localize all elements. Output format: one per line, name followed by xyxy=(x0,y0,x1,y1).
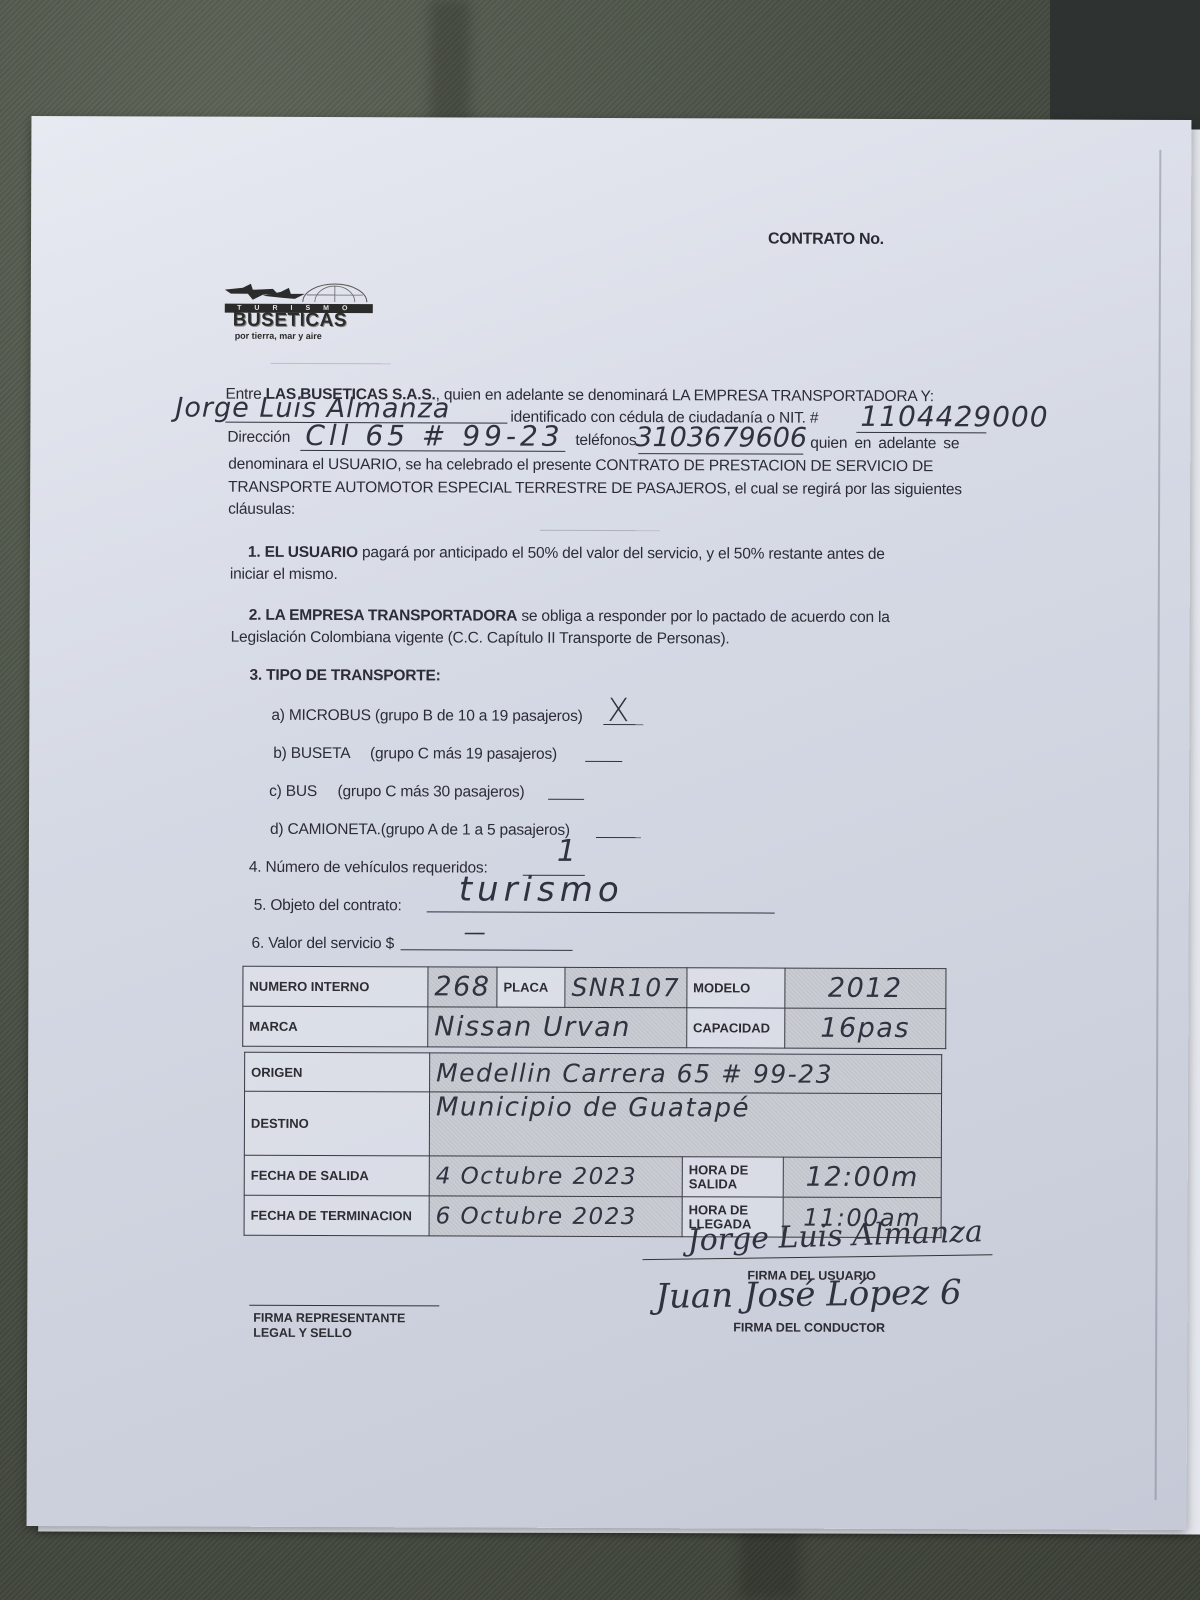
capacidad-label: CAPACIDAD xyxy=(686,1008,784,1048)
numero-interno-label: NUMERO INTERNO xyxy=(243,966,428,1007)
logo-tagline: por tierra, mar y aire xyxy=(235,331,322,341)
address-field: Cll 65 # 99-23 xyxy=(305,419,563,453)
intro-line-3-rest: quien en adelante se xyxy=(810,434,959,454)
value-label: 6. Valor del servicio $ xyxy=(252,934,395,954)
object-label: 5. Objeto del contrato: xyxy=(254,896,402,916)
transport-option-bus: c) BUS (grupo C más 30 pasajeros) xyxy=(269,782,524,802)
transport-type-heading: 3. TIPO DE TRANSPORTE: xyxy=(249,666,440,686)
numero-interno-value: 268 xyxy=(428,967,497,1007)
modelo-label: MODELO xyxy=(687,968,785,1008)
company-logo: TURISMO BUSETICAS por tierra, mar y aire xyxy=(223,282,383,343)
representative-label: FIRMA REPRESENTANTELEGAL Y SELLO xyxy=(253,1311,405,1342)
placa-value: SNR107 xyxy=(565,967,687,1007)
paper-stack-edge xyxy=(1155,150,1162,1500)
fecha-terminacion-label: FECHA DE TERMINACION xyxy=(244,1195,429,1236)
logo-brand: BUSETICAS xyxy=(233,310,347,332)
vehicles-label: 4. Número de vehículos requeridos: xyxy=(249,858,488,878)
option-c-blank[interactable] xyxy=(548,799,584,800)
contract-title: CONTRATO No. xyxy=(768,231,884,249)
intro-line-6: cláusulas: xyxy=(228,500,295,520)
id-number-field: 1104429000 xyxy=(860,400,1048,434)
hora-salida-label: HORA DESALIDA xyxy=(682,1157,783,1197)
clause-1-continued: iniciar el mismo. xyxy=(230,565,338,585)
fecha-salida-value: 4 Octubre 2023 xyxy=(429,1156,682,1197)
direccion-label: Dirección xyxy=(227,428,290,448)
birds-globe-icon xyxy=(223,282,373,305)
clause-2-continued: Legislación Colombiana vigente (C.C. Cap… xyxy=(231,628,730,649)
intro-line-4: denominara el USUARIO, se ha celebrado e… xyxy=(228,455,933,477)
hora-salida-value: 12:00m xyxy=(783,1157,941,1198)
object-value: turismo xyxy=(459,869,624,910)
fecha-terminacion-value: 6 Octubre 2023 xyxy=(429,1196,682,1237)
destino-label: DESTINO xyxy=(244,1091,429,1156)
phone-underline xyxy=(638,453,803,455)
trip-table: ORIGEN Medellin Carrera 65 # 99-23 DESTI… xyxy=(244,1052,943,1238)
driver-signature: Juan José López 6 xyxy=(655,1273,962,1317)
fabric-fold xyxy=(430,0,470,130)
value-field: — xyxy=(464,920,488,945)
option-d-blank[interactable] xyxy=(596,837,641,838)
marca-value: Nissan Urvan xyxy=(428,1007,687,1048)
destino-value: Municipio de Guatapé xyxy=(429,1092,941,1158)
fabric-fold xyxy=(740,1530,800,1600)
faint-rule xyxy=(540,530,660,531)
modelo-value: 2012 xyxy=(785,968,946,1009)
clause-1-subject: EL USUARIO xyxy=(265,544,358,561)
telefonos-label: teléfonos xyxy=(575,431,636,451)
faint-rule xyxy=(271,363,391,364)
transport-option-buseta: b) BUSETA (grupo C más 19 pasajeros) xyxy=(273,744,557,764)
intro-line-5: TRANSPORTE AUTOMOTOR ESPECIAL TERRESTRE … xyxy=(228,478,962,500)
driver-signature-label: FIRMA DEL CONDUCTOR xyxy=(733,1320,885,1336)
contract-document: CONTRATO No. TURISMO BUSETICAS por tierr… xyxy=(27,116,1192,1530)
option-b-blank[interactable] xyxy=(585,761,622,762)
option-a-checkmark[interactable]: X xyxy=(607,691,631,729)
object-underline xyxy=(427,911,775,913)
marca-label: MARCA xyxy=(243,1006,428,1047)
value-underline xyxy=(401,949,573,951)
origen-value: Medellin Carrera 65 # 99-23 xyxy=(430,1053,942,1094)
vehicles-value: 1 xyxy=(557,834,578,869)
origen-label: ORIGEN xyxy=(245,1052,430,1092)
clause-2: 2. LA EMPRESA TRANSPORTADORA se obliga a… xyxy=(249,606,890,628)
fecha-salida-label: FECHA DE SALIDA xyxy=(244,1155,429,1196)
clause-2-subject: LA EMPRESA TRANSPORTADORA xyxy=(265,607,517,625)
capacidad-value: 16pas xyxy=(784,1008,945,1049)
placa-label: PLACA xyxy=(497,967,565,1007)
transport-option-microbus: a) MICROBUS (grupo B de 10 a 19 pasajero… xyxy=(271,706,582,727)
clause-1: 1. EL USUARIO pagará por anticipado el 5… xyxy=(248,543,885,565)
phone-field: 3103679606 xyxy=(635,422,807,454)
representative-signature-line xyxy=(249,1305,439,1307)
vehicle-table: NUMERO INTERNO 268 PLACA SNR107 MODELO 2… xyxy=(242,966,946,1049)
transport-option-camioneta: d) CAMIONETA.(grupo A de 1 a 5 pasajeros… xyxy=(270,820,570,841)
